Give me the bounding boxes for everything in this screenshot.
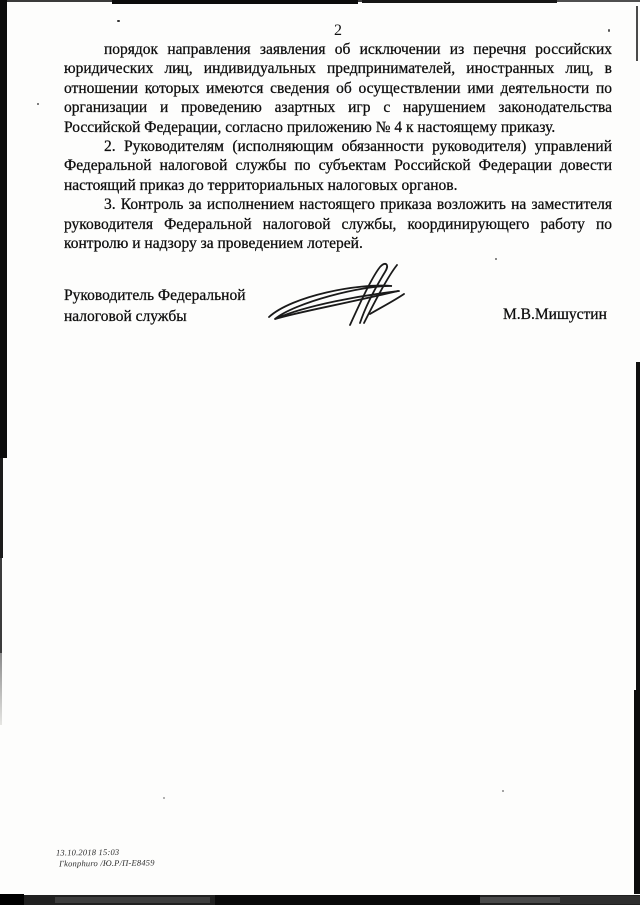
scan-speck: [163, 797, 165, 799]
scan-edge-left-fade: [0, 653, 2, 725]
scan-edge-bottom-segment: [0, 894, 24, 905]
scanned-document-page: 2 порядок направления заявления об исклю…: [0, 0, 640, 905]
paragraph-order-procedure: порядок направления заявления об исключе…: [64, 40, 612, 137]
scan-edge-top: [0, 0, 640, 2]
scan-edge-right: [636, 362, 640, 692]
signatory-title: Руководитель Федеральной налоговой служб…: [64, 286, 246, 327]
signatory-title-line2: налоговой службы: [64, 307, 246, 328]
scan-edge-top-segment: [557, 0, 640, 2]
scan-edge-bottom-segment: [560, 896, 640, 904]
document-body: порядок направления заявления об исключе…: [64, 40, 612, 253]
scan-edge-bottom: [0, 895, 640, 905]
scan-edge-bottom-segment: [215, 895, 480, 905]
scan-footer: 13.10.2018 15:03 Гkonphuro /Ю.Р/П-Е8459: [56, 846, 155, 868]
scan-edge-right-lower: [634, 690, 640, 894]
footer-code: Гkonphuro /Ю.Р/П-Е8459: [56, 857, 155, 869]
scan-speck: [495, 258, 497, 260]
paragraph-item-3: 3. Контроль за исполнением настоящего пр…: [64, 195, 612, 253]
scan-edge-bottom-segment: [480, 897, 560, 903]
scan-edge-top-segment: [362, 0, 557, 3]
signatory-title-line1: Руководитель Федеральной: [64, 286, 246, 307]
scan-edge-bottom-segment: [55, 897, 210, 903]
scan-edge-left-segment: [0, 458, 3, 558]
scan-speck: [502, 790, 504, 792]
page-number: 2: [64, 22, 612, 40]
scan-edge-left: [0, 0, 7, 458]
signatory-name: М.В.Мишустин: [503, 306, 607, 324]
handwritten-signature-icon: [264, 258, 416, 332]
scan-edge-right-top: [636, 6, 638, 61]
scan-edge-left-segment: [0, 558, 2, 653]
paragraph-item-2: 2. Руководителям (исполняющим обязанност…: [64, 137, 612, 195]
scan-edge-top-segment: [112, 0, 358, 4]
scan-speck: [37, 103, 39, 105]
